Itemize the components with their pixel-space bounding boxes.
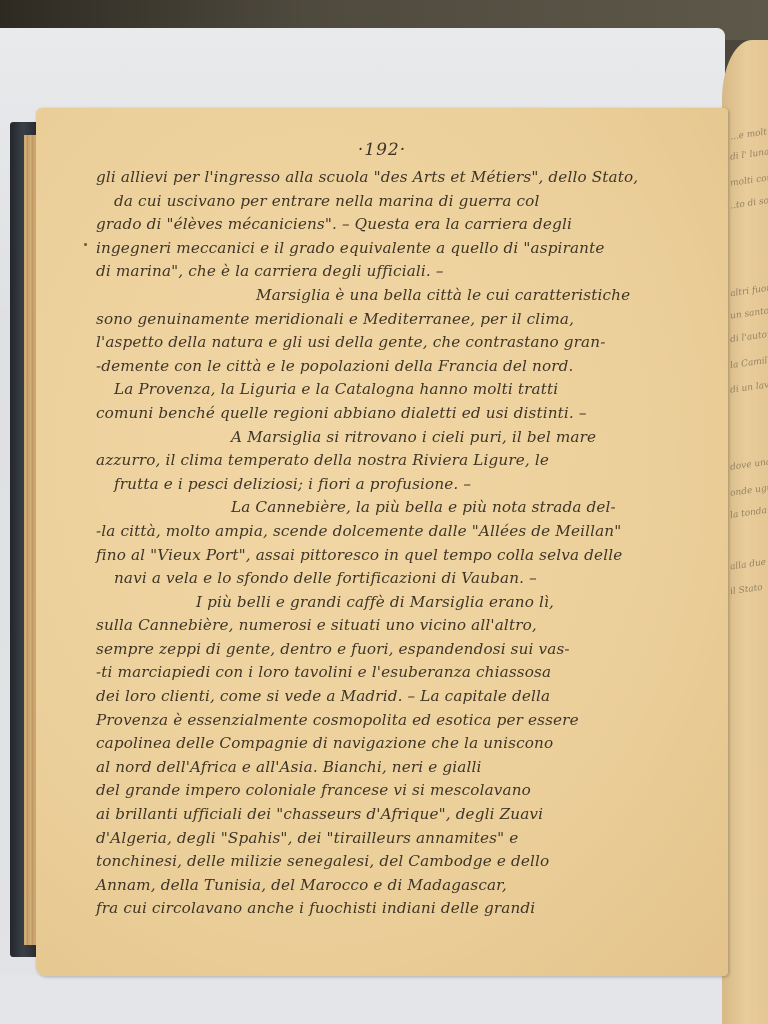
text-line: sulla Cannebière, numerosi e situati uno… xyxy=(96,614,716,638)
text-line: sempre zeppi di gente, dentro e fuori, e… xyxy=(96,638,716,662)
text-line: fino al "Vieux Port", assai pittoresco i… xyxy=(96,544,716,568)
text-line: gli allievi per l'ingresso alla scuola "… xyxy=(96,166,716,190)
text-line: di marina", che è la carriera degli uffi… xyxy=(96,260,716,284)
facing-page-fragment: ...e molt xyxy=(729,127,767,142)
facing-page-fragment: la tonda i xyxy=(730,505,768,521)
text-line: ingegneri meccanici e il grado equivalen… xyxy=(96,237,716,261)
facing-page-fragment: la Camille xyxy=(730,355,768,371)
paragraph-start-line: La Provenza, la Liguria e la Catalogna h… xyxy=(96,378,716,402)
text-line: grado di "élèves mécaniciens". – Questa … xyxy=(96,213,716,237)
text-line: -la città, molto ampia, scende dolcement… xyxy=(96,520,716,544)
facing-page-fragment: di un lavoro xyxy=(730,378,768,395)
text-line: ai brillanti ufficiali dei "chasseurs d'… xyxy=(96,803,716,827)
facing-page-fragment: onde uguale xyxy=(730,481,768,499)
text-line: l'aspetto della natura e gli usi della g… xyxy=(96,331,716,355)
facing-page-fragment: di l' luna xyxy=(729,147,768,162)
facing-page-fragment: un santo de xyxy=(730,304,768,321)
paragraph-start-line: I più belli e grandi caffè di Marsiglia … xyxy=(96,591,716,615)
text-line: al nord dell'Africa e all'Asia. Bianchi,… xyxy=(96,756,716,780)
white-backing-sheet-bottom xyxy=(0,975,768,1024)
text-line: Provenza è essenzialmente cosmopolita ed… xyxy=(96,709,716,733)
text-line: azzurro, il clima temperato della nostra… xyxy=(96,449,716,473)
paragraph-start-line: A Marsiglia si ritrovano i cieli puri, i… xyxy=(96,426,716,450)
manuscript-text: gli allievi per l'ingresso alla scuola "… xyxy=(96,166,716,921)
text-line: del grande impero coloniale francese vi … xyxy=(96,779,716,803)
text-line: fra cui circolavano anche i fuochisti in… xyxy=(96,897,716,921)
text-line: da cui uscivano per entrare nella marina… xyxy=(96,190,716,214)
text-line: sono genuinamente meridionali e Mediterr… xyxy=(96,308,716,332)
facing-page-fragment: molti contin xyxy=(730,171,768,189)
text-line: Annam, della Tunisia, del Marocco e di M… xyxy=(96,874,716,898)
facing-page-fragment: dove una xyxy=(730,457,768,473)
text-line: comuni benché quelle regioni abbiano dia… xyxy=(96,402,716,426)
facing-page-fragment: il Stato xyxy=(729,583,763,597)
facing-page-fragment: altri fuori a u xyxy=(730,281,768,299)
text-line: tonchinesi, delle milizie senegalesi, de… xyxy=(96,850,716,874)
facing-page-fragment: di l'autore xyxy=(730,329,768,345)
text-line: dei loro clienti, come si vede a Madrid.… xyxy=(96,685,716,709)
facing-page-fragment: alla due xyxy=(729,558,766,573)
text-line: -ti marciapiedi con i loro tavolini e l'… xyxy=(96,661,716,685)
paragraph-start-line: Marsiglia è una bella città le cui carat… xyxy=(96,284,716,308)
page-number: ·192· xyxy=(36,140,728,160)
text-line: navi a vela e lo sfondo delle fortificaz… xyxy=(96,567,716,591)
text-line: capolinea delle Compagnie di navigazione… xyxy=(96,732,716,756)
manuscript-page: ·192· gli allievi per l'ingresso alla sc… xyxy=(36,108,728,976)
ink-spot xyxy=(84,243,87,246)
paragraph-start-line: La Cannebière, la più bella e più nota s… xyxy=(96,496,716,520)
text-line: frutta e i pesci deliziosi; i fiori a pr… xyxy=(96,473,716,497)
text-line: -demente con le città e le popolazioni d… xyxy=(96,355,716,379)
facing-page-fragment: ..to di sono xyxy=(730,195,768,212)
text-line: d'Algeria, degli "Spahis", dei "tiraille… xyxy=(96,827,716,851)
facing-page-edge: ...e molt di l' luna molti contin ..to d… xyxy=(722,40,768,1024)
